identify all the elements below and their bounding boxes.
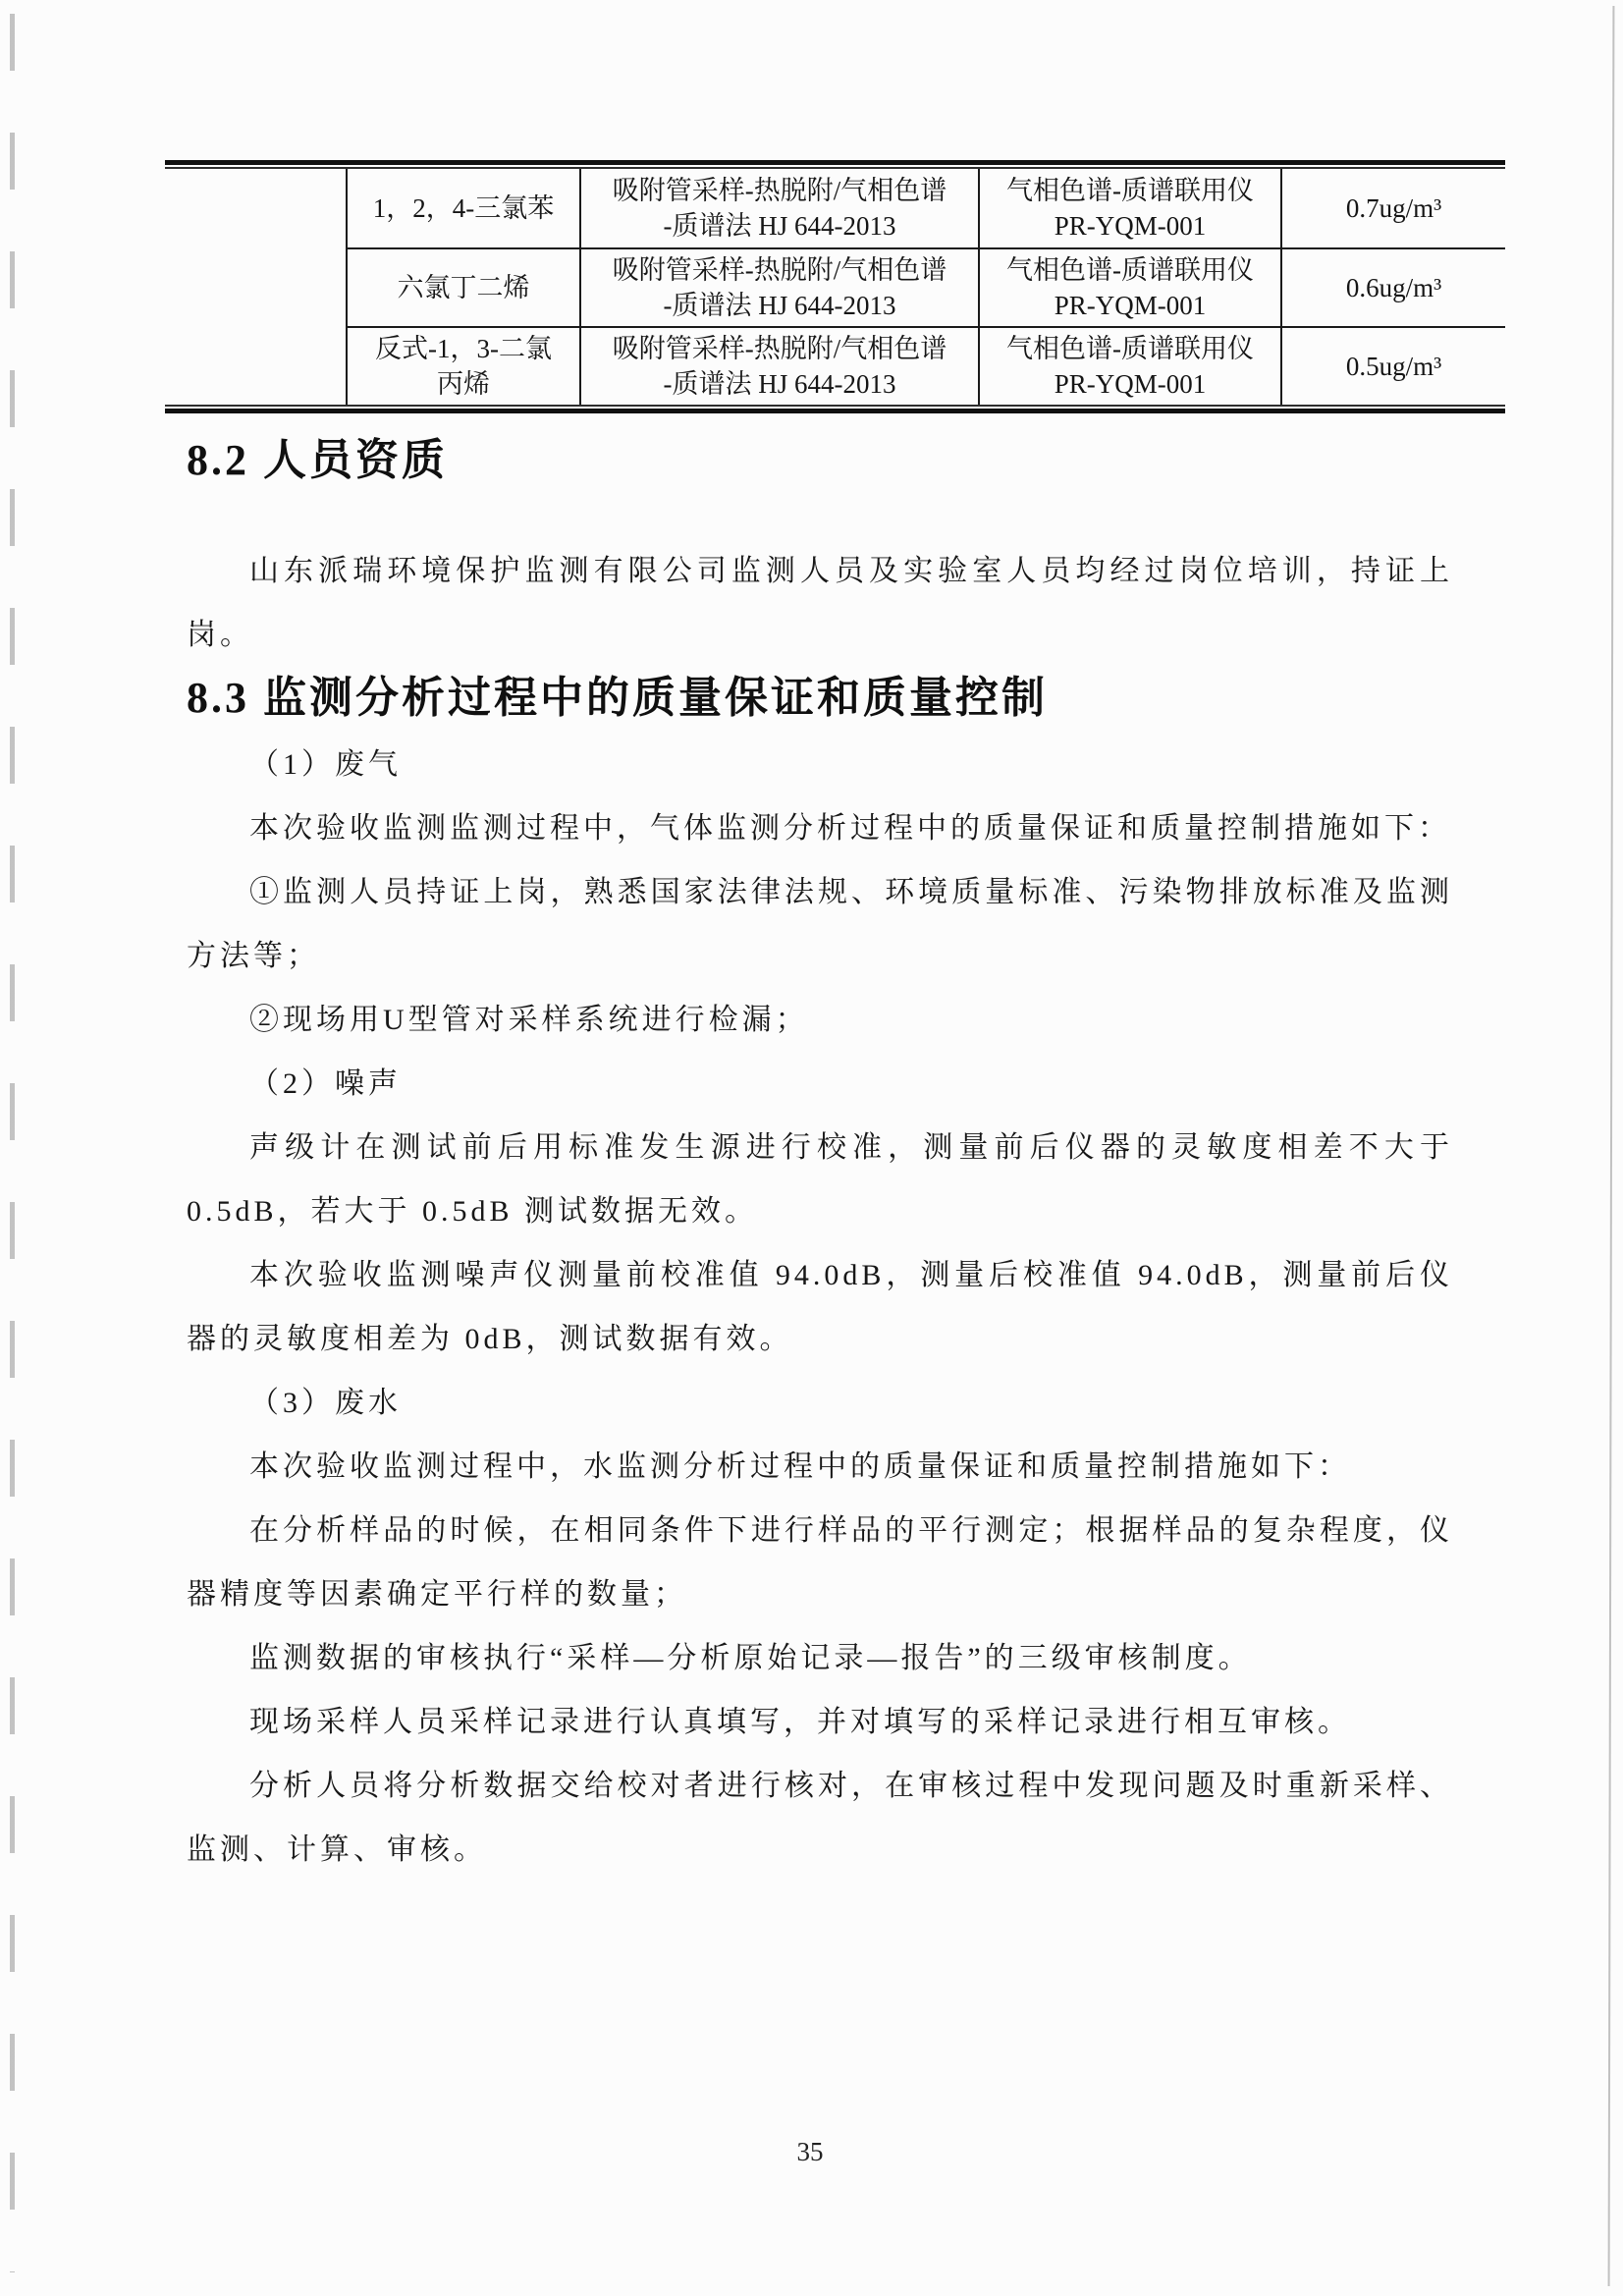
paragraph-water-intro: 本次验收监测过程中，水监测分析过程中的质量保证和质量控制措施如下： <box>187 1435 1453 1499</box>
detection-limits-table: 1，2，4-三氯苯 吸附管采样-热脱附/气相色谱 -质谱法 HJ 644-201… <box>165 160 1505 413</box>
section-8-3-heading: 8.3 监测分析过程中的质量保证和质量控制 <box>187 671 1453 726</box>
paragraph-gas-item2: ②现场用U型管对采样系统进行检漏； <box>187 988 1453 1052</box>
table-cell-instrument: 气相色谱-质谱联用仪 PR-YQM-001 <box>978 169 1280 247</box>
paragraph-noise-result: 本次验收监测噪声仪测量前校准值 94.0dB，测量后校准值 94.0dB，测量前… <box>187 1243 1453 1371</box>
document-body: 8.2 人员资质 山东派瑞环境保护监测有限公司监测人员及实验室人员均经过岗位培训… <box>187 433 1453 1882</box>
table-cell-limit: 0.5ug/m³ <box>1280 326 1505 405</box>
paragraph-personnel: 山东派瑞环境保护监测有限公司监测人员及实验室人员均经过岗位培训，持证上岗。 <box>187 539 1453 667</box>
table-cell-method: 吸附管采样-热脱附/气相色谱 -质谱法 HJ 644-2013 <box>579 326 978 405</box>
scan-edge-shadow <box>1608 6 1615 2286</box>
scan-edge-marks <box>10 14 15 2272</box>
paragraph-sampling-records: 现场采样人员采样记录进行认真填写，并对填写的采样记录进行相互审核。 <box>187 1690 1453 1754</box>
table-bottom-heavy-rule <box>165 409 1505 413</box>
page-number: 35 <box>766 2137 854 2167</box>
paragraph-gas-intro: 本次验收监测监测过程中，气体监测分析过程中的质量保证和质量控制措施如下： <box>187 796 1453 860</box>
table-grid: 1，2，4-三氯苯 吸附管采样-热脱附/气相色谱 -质谱法 HJ 644-201… <box>346 169 1505 405</box>
table-cell-pollutant: 反式-1，3-二氯 丙烯 <box>346 326 579 405</box>
table-cell-instrument: 气相色谱-质谱联用仪 PR-YQM-001 <box>978 247 1280 326</box>
section-8-2-heading: 8.2 人员资质 <box>187 433 1453 488</box>
paragraph-water-parallel: 在分析样品的时候，在相同条件下进行样品的平行测定；根据样品的复杂程度，仪器精度等… <box>187 1499 1453 1626</box>
table-cell-pollutant: 六氯丁二烯 <box>346 247 579 326</box>
table-cell-pollutant: 1，2，4-三氯苯 <box>346 169 579 247</box>
paragraph-review-system: 监测数据的审核执行“采样—分析原始记录—报告”的三级审核制度。 <box>187 1626 1453 1690</box>
table-cell-method: 吸附管采样-热脱附/气相色谱 -质谱法 HJ 644-2013 <box>579 247 978 326</box>
paragraph-noise-calibration: 声级计在测试前后用标准发生源进行校准，测量前后仪器的灵敏度相差不大于0.5dB，… <box>187 1116 1453 1243</box>
document-page: 1，2，4-三氯苯 吸附管采样-热脱附/气相色谱 -质谱法 HJ 644-201… <box>0 0 1623 2296</box>
paragraph-gas-item1: ①监测人员持证上岗，熟悉国家法律法规、环境质量标准、污染物排放标准及监测方法等； <box>187 860 1453 988</box>
paragraph-analysis-check: 分析人员将分析数据交给校对者进行核对，在审核过程中发现问题及时重新采样、监测、计… <box>187 1754 1453 1882</box>
table-cell-method: 吸附管采样-热脱附/气相色谱 -质谱法 HJ 644-2013 <box>579 169 978 247</box>
paragraph-water-label: （3）废水 <box>187 1371 1453 1435</box>
table-merged-cell <box>165 169 346 405</box>
table-cell-instrument: 气相色谱-质谱联用仪 PR-YQM-001 <box>978 326 1280 405</box>
paragraph-gas-label: （1）废气 <box>187 733 1453 796</box>
paragraph-noise-label: （2）噪声 <box>187 1052 1453 1116</box>
table-cell-limit: 0.6ug/m³ <box>1280 247 1505 326</box>
table-cell-limit: 0.7ug/m³ <box>1280 169 1505 247</box>
